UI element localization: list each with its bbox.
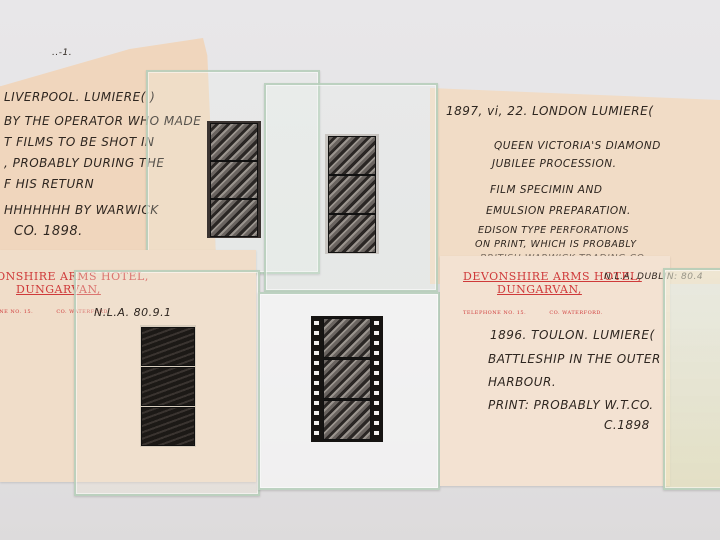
film-frame [328, 214, 376, 253]
film-frame [328, 175, 376, 214]
sprocket-hole [314, 331, 319, 335]
film-frame [141, 367, 195, 406]
sprocket-hole [314, 421, 319, 425]
sprocket-hole [314, 371, 319, 375]
film-frame [141, 407, 195, 446]
sprocket-hole [374, 421, 379, 425]
film-frame [323, 359, 371, 399]
sprocket-hole [374, 341, 379, 345]
film-strip-4 [140, 325, 196, 447]
film-strip-3-perforated [311, 316, 383, 442]
film-frame [328, 136, 376, 175]
sprocket-hole [374, 331, 379, 335]
sprocket-hole [314, 341, 319, 345]
sprocket-hole [374, 321, 379, 325]
catalogue-number-left: N.L.A. 80.9.1 [94, 306, 172, 319]
sprocket-hole [314, 361, 319, 365]
photo-scene: ..-1. LIVERPOOL. LUMIERE( ) BY THE OPERA… [0, 0, 720, 540]
sprocket-hole [374, 431, 379, 435]
film-frame [210, 123, 258, 161]
sprocket-hole [314, 391, 319, 395]
sprocket-hole [314, 401, 319, 405]
film-strip-2 [325, 134, 379, 254]
note-corner-mark: ..-1. [52, 48, 72, 58]
sprocket-hole [374, 381, 379, 385]
film-frame [323, 318, 371, 358]
sprocket-hole [314, 351, 319, 355]
sprocket-hole [314, 431, 319, 435]
sprocket-hole [374, 371, 379, 375]
sprocket-hole [374, 361, 379, 365]
film-frame [210, 161, 258, 199]
film-frame [323, 400, 371, 440]
sprocket-hole [314, 411, 319, 415]
sprocket-hole [374, 401, 379, 405]
sprocket-hole [374, 411, 379, 415]
sprocket-hole [374, 391, 379, 395]
sprocket-hole [314, 321, 319, 325]
glass-slide-5 [663, 268, 720, 490]
film-frame [210, 199, 258, 237]
sprocket-hole [374, 351, 379, 355]
sprocket-hole [314, 381, 319, 385]
film-frame [141, 327, 195, 366]
film-strip-1 [207, 121, 261, 238]
